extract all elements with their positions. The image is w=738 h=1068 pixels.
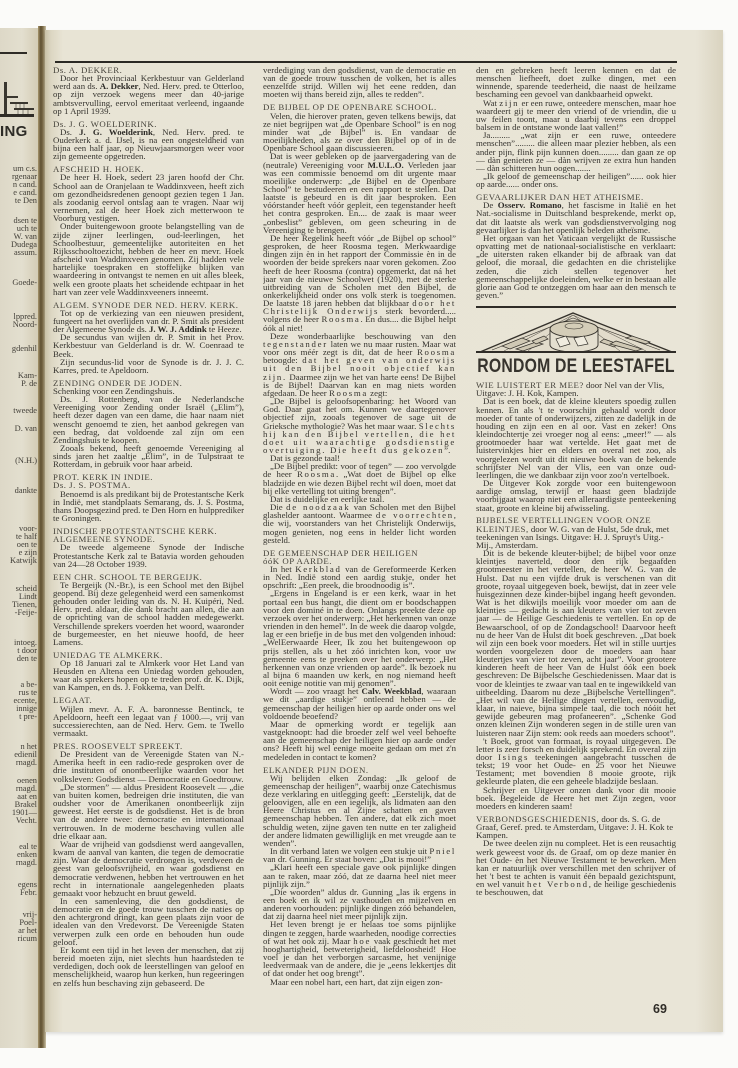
- article-paragraph: De heer H. Hoek, sedert 23 jaren hoofd d…: [53, 173, 244, 222]
- review-paragraph: De twee deelen zijn nu compleet. Het is …: [476, 839, 676, 896]
- review-paragraph: Schrijver en Uitgever onzen dank voor di…: [476, 786, 676, 810]
- page-top-rule: [55, 61, 677, 63]
- bold-emphasis: J. G. Woelderink: [79, 127, 153, 137]
- article-paragraph: Er komt een tijd in het leven der mensch…: [53, 946, 244, 987]
- article-paragraph: „Ik geloof de gemeenschap der heiligen”.…: [476, 172, 676, 188]
- text-fragment-line: (N.H.): [0, 457, 37, 465]
- article-paragraph: Wordt — zoo vraagt het Calv. Weekblad, w…: [263, 687, 456, 720]
- text-fragment: eal teenkenrnagd.: [0, 843, 37, 867]
- article-paragraph: De President van de Vereenigde Staten va…: [53, 750, 244, 783]
- text-fragment-line: rnagd.: [0, 759, 37, 767]
- spaced-emphasis: dat het geven van onderwijs uit den Bijb…: [263, 355, 456, 381]
- article-paragraph: „Die woorden” aldus dr. Gunning „las ik …: [263, 888, 456, 921]
- text-fragment-line: rnagd.: [0, 859, 37, 867]
- article-paragraph: Zijn secundus-lid voor de Synode is dr. …: [53, 358, 244, 374]
- article: AFSCHEID H. HOEK.De heer H. Hoek, sedert…: [53, 165, 244, 296]
- book-review: VERBONDSGESCHIEDENIS, door ds. S. G. de …: [476, 815, 676, 897]
- article-paragraph: den en gebreken heeft leeren kennen en d…: [476, 66, 676, 99]
- spaced-emphasis: tegenstander: [263, 339, 328, 349]
- review-header: VERBONDSGESCHIEDENIS, door ds. S. G. de …: [476, 815, 676, 839]
- text-fragment: tweede: [0, 407, 37, 415]
- text-fragment: dsen teuch teW. vanDudegaassum.: [0, 217, 37, 257]
- article-paragraph: Wat zijn er een ruwe, onteedere menschen…: [476, 99, 676, 132]
- review-paragraph: Dit is de bekende kleuter-bijbel; de bij…: [476, 549, 676, 737]
- spaced-emphasis: door het Christelijk Onderwijs: [263, 298, 456, 316]
- text-fragment: n hetedienilrnagd.: [0, 743, 37, 767]
- article-paragraph: Dat is weer gebleken op de jaarvergaderi…: [263, 152, 456, 234]
- text-fragment-line: dankte: [0, 487, 37, 495]
- article-paragraph: Waar de vrijheid van godsdienst werd aan…: [53, 840, 244, 897]
- article: GEVAARLIJKER DAN HET ATHEISME.De Osserv.…: [476, 193, 676, 299]
- text-fragment: Goede-: [0, 279, 37, 287]
- spaced-emphasis: Pniel: [429, 846, 456, 856]
- text-fragment-line: Noord-: [0, 321, 37, 329]
- text-fragment: scheidLindtTienen,-Feije-: [0, 585, 37, 617]
- article: DE GEMEENSCHAP DER HEILIGENóóK OP AARDE.…: [263, 549, 456, 761]
- article-paragraph: In dit verband laten we volgen een stukj…: [263, 847, 456, 863]
- article: UNIEDAG TE ALMKERK.Op 18 Januari zal te …: [53, 651, 244, 692]
- middle-column: verdediging van den godsdienst, van de d…: [263, 66, 456, 1010]
- text-fragment-line: t pre-: [0, 713, 37, 721]
- article-paragraph: Maar een nobel hart, een hart, dat zijn …: [263, 978, 456, 986]
- article-paragraph: De Osserv. Romano, het fascisme in Itali…: [476, 201, 676, 234]
- article: Ds. J. G. WOELDERINK.Ds. J. G. Woelderin…: [53, 120, 244, 161]
- article-paragraph: Ds. J. G. Woelderink, Ned. Herv. pred. t…: [53, 128, 244, 161]
- text-fragment: voor-te halfoen tee zijnKatwijk: [0, 525, 37, 565]
- text-fragment: egensFebr.: [0, 881, 37, 897]
- article-paragraph: Wij belijden elken Zondag: „Ik geloof de…: [263, 774, 456, 847]
- reading-table-illustration-icon: [476, 311, 676, 355]
- spaced-emphasis: Roosma: [297, 469, 336, 479]
- text-fragment-line: Febr.: [0, 889, 37, 897]
- article-paragraph: „Klari heeft een speciale gave ook pijnl…: [263, 863, 456, 887]
- text-fragment: (N.H.): [0, 457, 37, 465]
- text-fragment-line: tweede: [0, 407, 37, 415]
- article-paragraph: In een samenleving, die den godsdienst, …: [53, 897, 244, 946]
- article-paragraph: Te Bergeijk (N.-Br.), is een School met …: [53, 581, 244, 646]
- book-review: BIJBELSE VERTELLINGEN VOOR ONZE KLEINTJE…: [476, 516, 676, 810]
- article-paragraph: De tweede algemeene Synode der Indische …: [53, 543, 244, 567]
- spaced-emphasis: zijn: [499, 98, 519, 108]
- article-paragraph: Die de noodzaak van Scholen met den Bijb…: [263, 503, 456, 544]
- left-column-articles: Ds. A. DEKKER.Door het Provinciaal Kerkb…: [53, 66, 244, 987]
- text-fragment: a be-rus teecente,inniget pre-: [0, 681, 37, 721]
- book-reviews: WIE LUISTERT ER MEE? door Nel van der Vl…: [476, 381, 676, 896]
- article: ELKANDER PIJN DOEN.Wij belijden elken Zo…: [263, 766, 456, 986]
- text-fragment: D. van: [0, 425, 37, 433]
- text-fragment: vrij-Poel-ar hetricum: [0, 911, 37, 943]
- book-review: WIE LUISTERT ER MEE? door Nel van der Vl…: [476, 381, 676, 512]
- spaced-emphasis: het Verbond: [527, 879, 589, 889]
- text-fragment-line: -Feije-: [0, 609, 37, 617]
- article-paragraph: Benoemd is als predikant bij de Protesta…: [53, 490, 244, 523]
- spaced-emphasis: Kerkblad: [295, 564, 341, 574]
- article-paragraph: Zooals bekend, heeft genoemde Vereenigin…: [53, 444, 244, 468]
- article: PRES. ROOSEVELT SPREEKT.De President van…: [53, 742, 244, 987]
- article-paragraph: In het Kerkblad van de Gereformeerde Ker…: [263, 565, 456, 589]
- middle-column-articles: verdediging van den godsdienst, van de d…: [263, 66, 456, 986]
- text-fragment: gdenhil: [0, 345, 37, 353]
- spaced-emphasis: Slechts hij kan den Bijbel vertellen, di…: [263, 421, 456, 455]
- article-paragraph: verdediging van den godsdienst, van de d…: [263, 66, 456, 99]
- text-fragment-line: D. van: [0, 425, 37, 433]
- bold-emphasis: Osserv. Romano: [498, 200, 562, 210]
- article-paragraph: Ds. J. Rottenberg, van de Nederlandsche …: [53, 395, 244, 444]
- article-paragraph: Het orgaan van het Vaticaan vergelijkt d…: [476, 234, 676, 299]
- spaced-emphasis: de voorrechten: [376, 510, 454, 520]
- article: ALGEM. SYNODE DER NED. HERV. KERK.Tot op…: [53, 301, 244, 374]
- section-banner: RONDOM DE LEESTAFEL: [476, 311, 676, 375]
- article-paragraph: „De Bijbel predikt: voor of tegen” — zoo…: [263, 462, 456, 495]
- article-paragraph: Op 18 Januari zal te Almkerk voor Het La…: [53, 659, 244, 692]
- review-paragraph: Dat is een boek, dat de kleine kleuters …: [476, 397, 676, 479]
- left-column: Ds. A. DEKKER.Door het Provinciaal Kerkb…: [53, 66, 244, 1010]
- review-header: BIJBELSE VERTELLINGEN VOOR ONZE KLEINTJE…: [476, 516, 676, 549]
- text-fragment: um c.s.rgenaarn cand.e cand.te Den: [0, 165, 37, 205]
- section-banner-title: RONDOM DE LEESTAFEL: [476, 357, 676, 377]
- article-paragraph: Deze wonderbaarlijke beschouwing van den…: [263, 332, 456, 397]
- bold-emphasis: Calv. Weekblad: [362, 686, 422, 696]
- article-paragraph: Het leven brengt je er helaas toe soms p…: [263, 920, 456, 977]
- article: Ds. A. DEKKER.Door het Provinciaal Kerkb…: [53, 66, 244, 115]
- article-paragraph: Door het Provinciaal Kerkbestuur van Gel…: [53, 74, 244, 115]
- text-fragment-line: gdenhil: [0, 345, 37, 353]
- article-paragraph: De secundus van wijlen dr. P. Smit in he…: [53, 333, 244, 357]
- article-paragraph: „Ergens in Engeland is er een kerk, waar…: [263, 589, 456, 687]
- right-column: den en gebreken heeft leeren kennen en d…: [476, 66, 676, 1010]
- right-column-articles: den en gebreken heeft leeren kennen en d…: [476, 66, 676, 299]
- magazine-page: Ds. A. DEKKER.Door het Provinciaal Kerkb…: [45, 30, 723, 1032]
- review-header: WIE LUISTERT ER MEE? door Nel van der Vl…: [476, 381, 676, 397]
- text-fragment-line: Goede-: [0, 279, 37, 287]
- article-paragraph: Ja......... „wat zijn er een ruwe, ontee…: [476, 131, 676, 172]
- text-fragment-line: ricum: [0, 935, 37, 943]
- article-paragraph: „De Bijbel is geloofsopenbaring: het Woo…: [263, 397, 456, 454]
- bold-emphasis: A. Dekker: [100, 81, 139, 91]
- spaced-emphasis: Roosma: [321, 314, 360, 324]
- review-paragraph: De Uitgever Kok zorgde voor een buitenge…: [476, 479, 676, 512]
- article: DE BIJBEL OP DE OPENBARE SCHOOL.Velen, d…: [263, 103, 456, 543]
- article-continuation: verdediging van den godsdienst, van de d…: [263, 66, 456, 99]
- text-fragment-line: den te: [0, 655, 37, 663]
- text-fragment: lppred.Noord-: [0, 313, 37, 329]
- article: LEGAAT.Wijlen mevr. A. F. A. baronnesse …: [53, 696, 244, 737]
- text-fragment: intoeg.t doorden te: [0, 639, 37, 663]
- section-divider-rule: [476, 306, 676, 308]
- article-paragraph: Wijlen mevr. A. F. A. baronnesse Bentinc…: [53, 705, 244, 738]
- text-fragment-line: assum.: [0, 249, 37, 257]
- text-fragment: dankte: [0, 487, 37, 495]
- text-fragment: oenenrnagd.aat enBrakel1901—Vecht.: [0, 777, 37, 826]
- previous-page-text-fragments: um c.s.rgenaarn cand.e cand.te Dendsen t…: [0, 0, 37, 1068]
- review-paragraph: 't Boek, groot van formaat, is royaal ui…: [476, 737, 676, 786]
- article: INDISCHE PROTESTANTSCHE KERK.ALGEMEENE S…: [53, 527, 244, 568]
- article-paragraph: „De stormen” — aldus President Roosevelt…: [53, 783, 244, 840]
- article-paragraph: Velen, die hierover praten, geven telken…: [263, 112, 456, 153]
- text-fragment-line: Vecht.: [0, 817, 37, 825]
- article-continuation: den en gebreken heeft leeren kennen en d…: [476, 66, 676, 188]
- text-fragment-line: Katwijk: [0, 557, 37, 565]
- bold-emphasis: M.U.L.O.: [368, 160, 404, 170]
- article-paragraph: Onder buitengewoon groote belangstelling…: [53, 222, 244, 295]
- article-paragraph: De heer Regelink heeft vóór „de Bijbel o…: [263, 234, 456, 332]
- article: EEN CHR. SCHOOL TE BERGEIJK.Te Bergeijk …: [53, 573, 244, 646]
- spaced-emphasis: Isings: [498, 752, 529, 762]
- spaced-emphasis: de noodzaak: [286, 502, 350, 512]
- article: ZENDING ONDER DE JODEN.Schenking voor ee…: [53, 379, 244, 469]
- text-fragment-line: te Den: [0, 197, 37, 205]
- article: PROT. KERK IN INDIE.Ds. J. S. POSTMA.Ben…: [53, 473, 244, 522]
- article-paragraph: Maar de opmerking wordt er tegelijk aan …: [263, 720, 456, 761]
- text-fragment: Kam-P. de: [0, 372, 37, 388]
- article-paragraph: Tot op de verkiezing van een nieuwen pre…: [53, 309, 244, 333]
- text-fragment-line: P. de: [0, 380, 37, 388]
- spaced-emphasis: hoe: [353, 936, 371, 946]
- page-number: 69: [653, 1002, 667, 1016]
